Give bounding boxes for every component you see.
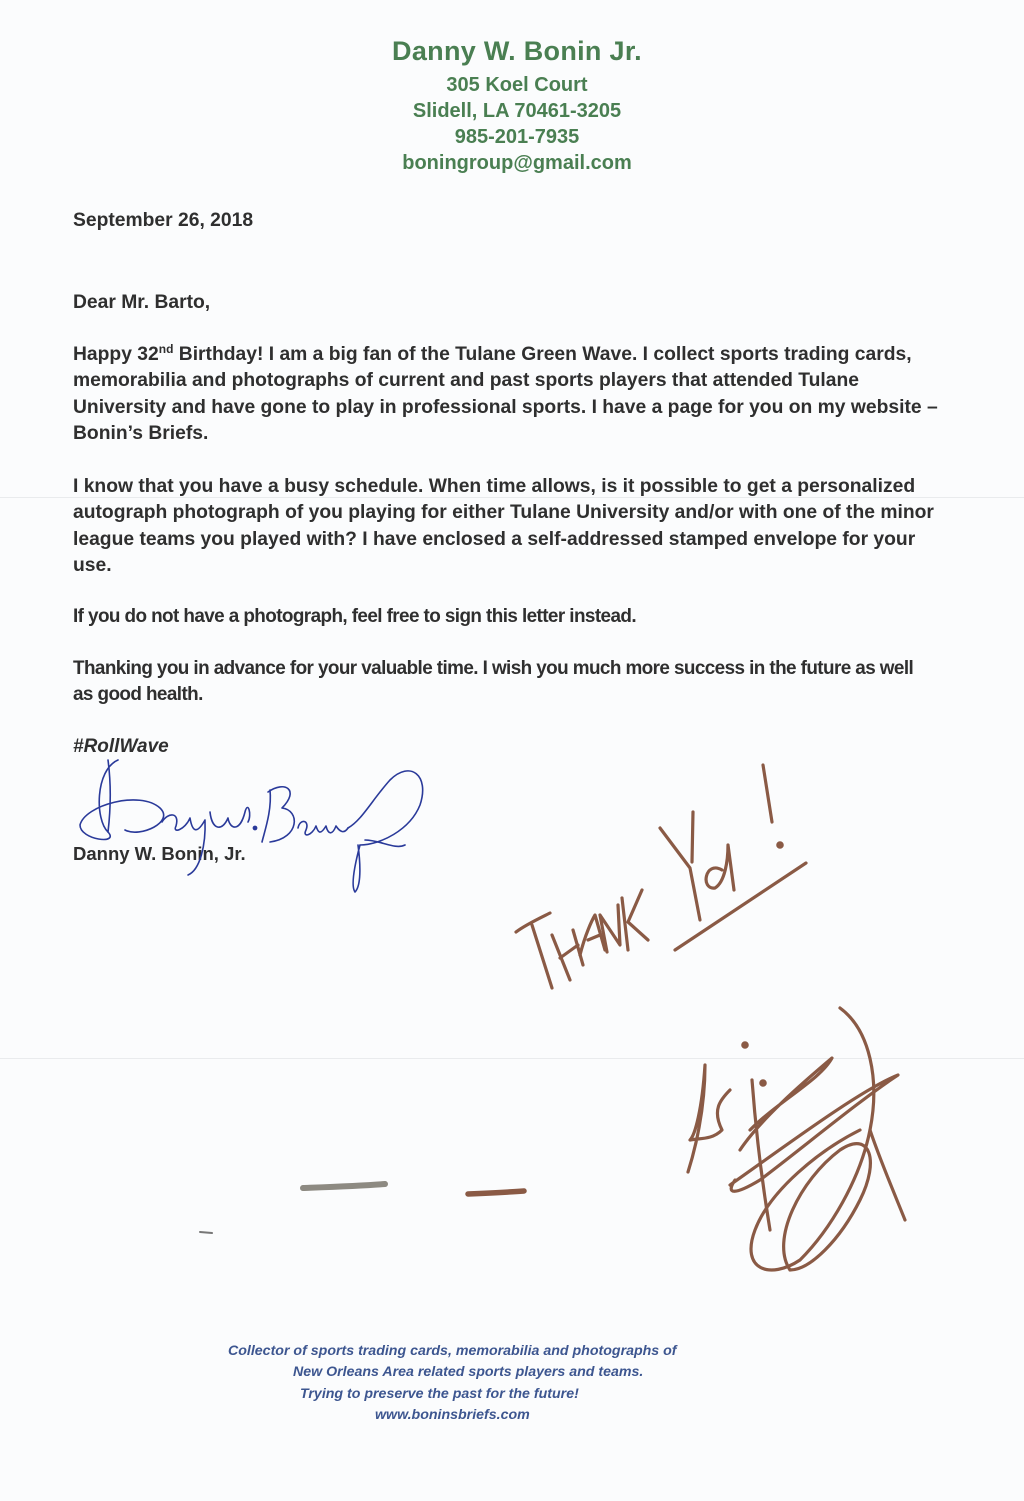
paragraph-2: I know that you have a busy schedule. Wh…: [73, 474, 953, 580]
sender-city-state-zip: Slidell, LA 70461-3205: [0, 98, 1024, 124]
sender-name-heading: Danny W. Bonin Jr.: [0, 30, 1024, 72]
sender-street: 305 Koel Court: [0, 72, 1024, 98]
footer-line-2: New Orleans Area related sports players …: [293, 1362, 643, 1384]
player-autograph-icon: [688, 1008, 905, 1270]
thank-you-note-icon: [516, 765, 806, 988]
paragraph-4-text: Thanking you in advance for your valuabl…: [73, 656, 935, 709]
footer-line-1: Collector of sports trading cards, memor…: [228, 1341, 677, 1363]
paragraph-4: Thanking you in advance for your valuabl…: [73, 656, 935, 709]
letter-date: September 26, 2018: [73, 208, 953, 234]
sender-phone: 985-201-7935: [0, 124, 1024, 150]
paragraph-1-text: Birthday! I am a big fan of the Tulane G…: [73, 344, 938, 444]
small-mark-icon: [200, 1232, 212, 1233]
signer-name: Danny W. Bonin, Jr.: [73, 843, 246, 865]
letterhead: Danny W. Bonin Jr. 305 Koel Court Slidel…: [0, 30, 1024, 176]
gray-marker-dash-icon: [303, 1184, 385, 1188]
paragraph-2-text: I know that you have a busy schedule. Wh…: [73, 474, 953, 580]
paragraph-1-lead: Happy 32: [73, 344, 159, 365]
paragraph-3: If you do not have a photograph, feel fr…: [73, 604, 935, 630]
hashtag: #RollWave: [73, 736, 169, 758]
brown-marker-dash-icon: [468, 1191, 524, 1194]
sender-signature-icon: [80, 760, 423, 892]
paragraph-1: Happy 32nd Birthday! I am a big fan of t…: [73, 342, 953, 448]
ordinal-suffix: nd: [159, 342, 174, 356]
paragraph-3-text: If you do not have a photograph, feel fr…: [73, 604, 935, 630]
sender-email: boningroup@gmail.com: [0, 150, 1024, 176]
salutation: Dear Mr. Barto,: [73, 290, 953, 316]
footer-line-3: Trying to preserve the past for the futu…: [300, 1384, 579, 1406]
paper-fold-line: [0, 1058, 1024, 1059]
footer-website-link[interactable]: www.boninsbriefs.com: [375, 1405, 530, 1427]
